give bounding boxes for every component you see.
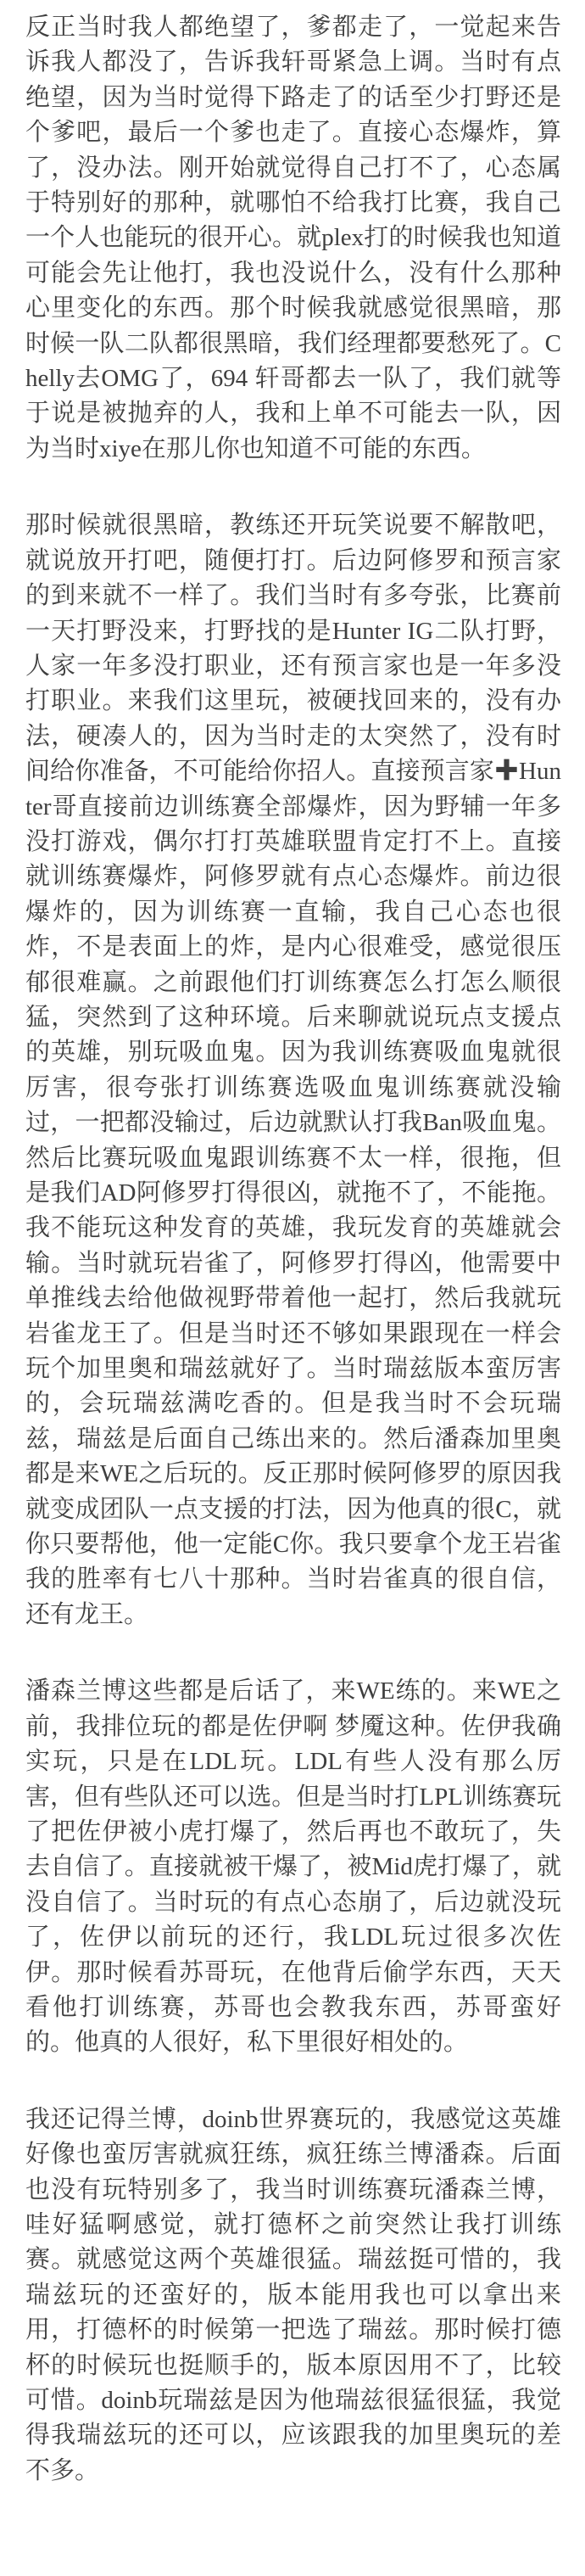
paragraph-2: 那时候就很黑暗，教练还开玩笑说要不解散吧，就说放开打吧，随便打打。后边阿修罗和预…: [25, 508, 561, 1632]
paragraph-3: 潘森兰博这些都是后话了，来WE练的。来WE之前，我排位玩的都是佐伊啊 梦魇这种。…: [25, 1674, 561, 2060]
paragraph-4: 我还记得兰博，doinb世界赛玩的，我感觉这英雄好像也蛮厉害就疯狂练，疯狂练兰博…: [25, 2103, 561, 2489]
paragraph-1: 反正当时我人都绝望了，爹都走了，一觉起来告诉我人都没了，告诉我轩哥紧急上调。当时…: [25, 10, 561, 467]
text-document: 反正当时我人都绝望了，爹都走了，一觉起来告诉我人都没了，告诉我轩哥紧急上调。当时…: [0, 0, 585, 2576]
